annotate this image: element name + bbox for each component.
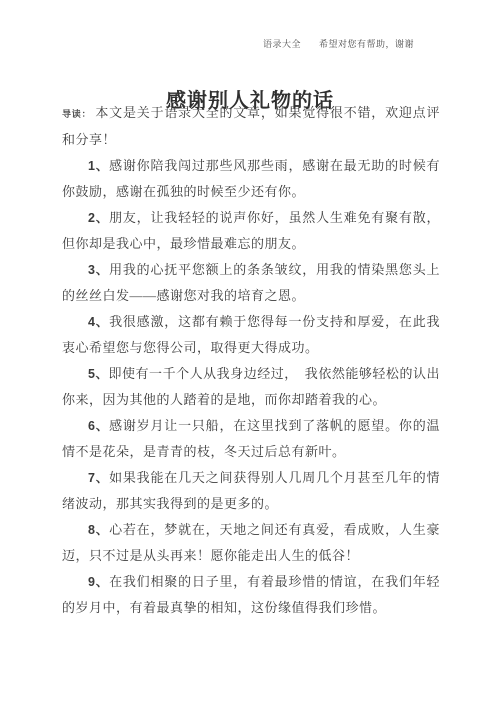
paragraph: 3、用我的心抚平您额上的条条皱纹，用我的情染黑您头上的丝丝白发——感谢您对我的培…	[62, 257, 440, 309]
paragraph-text: 如果我能在几天之间获得别人几周几个月甚至几年的情绪波动，那其实我得到的是更多的。	[62, 470, 440, 511]
paragraph: 8、心若在，梦就在，天地之间还有真爱，看成败，人生豪迈，只不过是从头再来！愿你能…	[62, 517, 440, 569]
page-header: 语录大全希望对您有帮助，谢谢	[263, 37, 414, 50]
paragraph-text: 即使有一千个人从我身边经过， 我依然能够轻松的认出你来，因为其他的人踏着的是地，…	[62, 366, 440, 407]
paragraph-text: 感谢岁月让一只船，在这里找到了落帆的愿望。你的温情不是花朵，是青青的枝，冬天过后…	[62, 418, 440, 459]
intro-label: 导读：	[62, 109, 91, 119]
paragraph-text: 用我的心抚平您额上的条条皱纹，用我的情染黑您头上的丝丝白发——感谢您对我的培育之…	[62, 262, 440, 303]
article-body: 导读：本文是关于语录大全的文章，如果觉得很不错，欢迎点评和分享！ 1、感谢你陪我…	[62, 100, 440, 621]
header-slogan: 希望对您有帮助，谢谢	[319, 39, 414, 49]
paragraph-number: 3、	[88, 263, 109, 277]
paragraph-number: 9、	[88, 575, 109, 589]
document-page: 语录大全希望对您有帮助，谢谢 感谢别人礼物的话 导读：本文是关于语录大全的文章，…	[0, 0, 500, 707]
paragraph: 2、朋友，让我轻轻的说声你好，虽然人生难免有聚有散，但你却是我心中，最珍惜最难忘…	[62, 205, 440, 257]
paragraph-text: 感谢你陪我闯过那些风那些雨，感谢在最无助的时候有你鼓励，感谢在孤独的时候至少还有…	[62, 158, 440, 199]
paragraph-number: 5、	[88, 367, 109, 381]
paragraph: 7、如果我能在几天之间获得别人几周几个月甚至几年的情绪波动，那其实我得到的是更多…	[62, 465, 440, 517]
paragraph-text: 在我们相聚的日子里，有着最珍惜的情谊，在我们年轻的岁月中，有着最真挚的相知，这份…	[62, 574, 440, 615]
paragraph-number: 8、	[88, 523, 109, 537]
paragraph-list: 1、感谢你陪我闯过那些风那些雨，感谢在最无助的时候有你鼓励，感谢在孤独的时候至少…	[62, 153, 440, 621]
intro-text: 本文是关于语录大全的文章，如果觉得很不错，欢迎点评和分享！	[62, 105, 440, 147]
paragraph-text: 心若在，梦就在，天地之间还有真爱，看成败，人生豪迈，只不过是从头再来！愿你能走出…	[62, 522, 440, 563]
paragraph-number: 6、	[88, 419, 109, 433]
paragraph: 6、感谢岁月让一只船，在这里找到了落帆的愿望。你的温情不是花朵，是青青的枝，冬天…	[62, 413, 440, 465]
paragraph-number: 2、	[88, 211, 109, 225]
site-name: 语录大全	[263, 39, 301, 49]
paragraph-number: 4、	[88, 315, 109, 329]
paragraph: 5、即使有一千个人从我身边经过， 我依然能够轻松的认出你来，因为其他的人踏着的是…	[62, 361, 440, 413]
intro-paragraph: 导读：本文是关于语录大全的文章，如果觉得很不错，欢迎点评和分享！	[62, 100, 440, 153]
paragraph-number: 1、	[88, 159, 109, 173]
paragraph-text: 朋友，让我轻轻的说声你好，虽然人生难免有聚有散，但你却是我心中，最珍惜最难忘的朋…	[62, 210, 440, 251]
paragraph-number: 7、	[88, 471, 109, 485]
paragraph: 9、在我们相聚的日子里，有着最珍惜的情谊，在我们年轻的岁月中，有着最真挚的相知，…	[62, 569, 440, 621]
paragraph: 1、感谢你陪我闯过那些风那些雨，感谢在最无助的时候有你鼓励，感谢在孤独的时候至少…	[62, 153, 440, 205]
paragraph: 4、我很感激，这都有赖于您得每一份支持和厚爱，在此我衷心希望您与您得公司，取得更…	[62, 309, 440, 361]
paragraph-text: 我很感激，这都有赖于您得每一份支持和厚爱，在此我衷心希望您与您得公司，取得更大得…	[62, 314, 440, 355]
